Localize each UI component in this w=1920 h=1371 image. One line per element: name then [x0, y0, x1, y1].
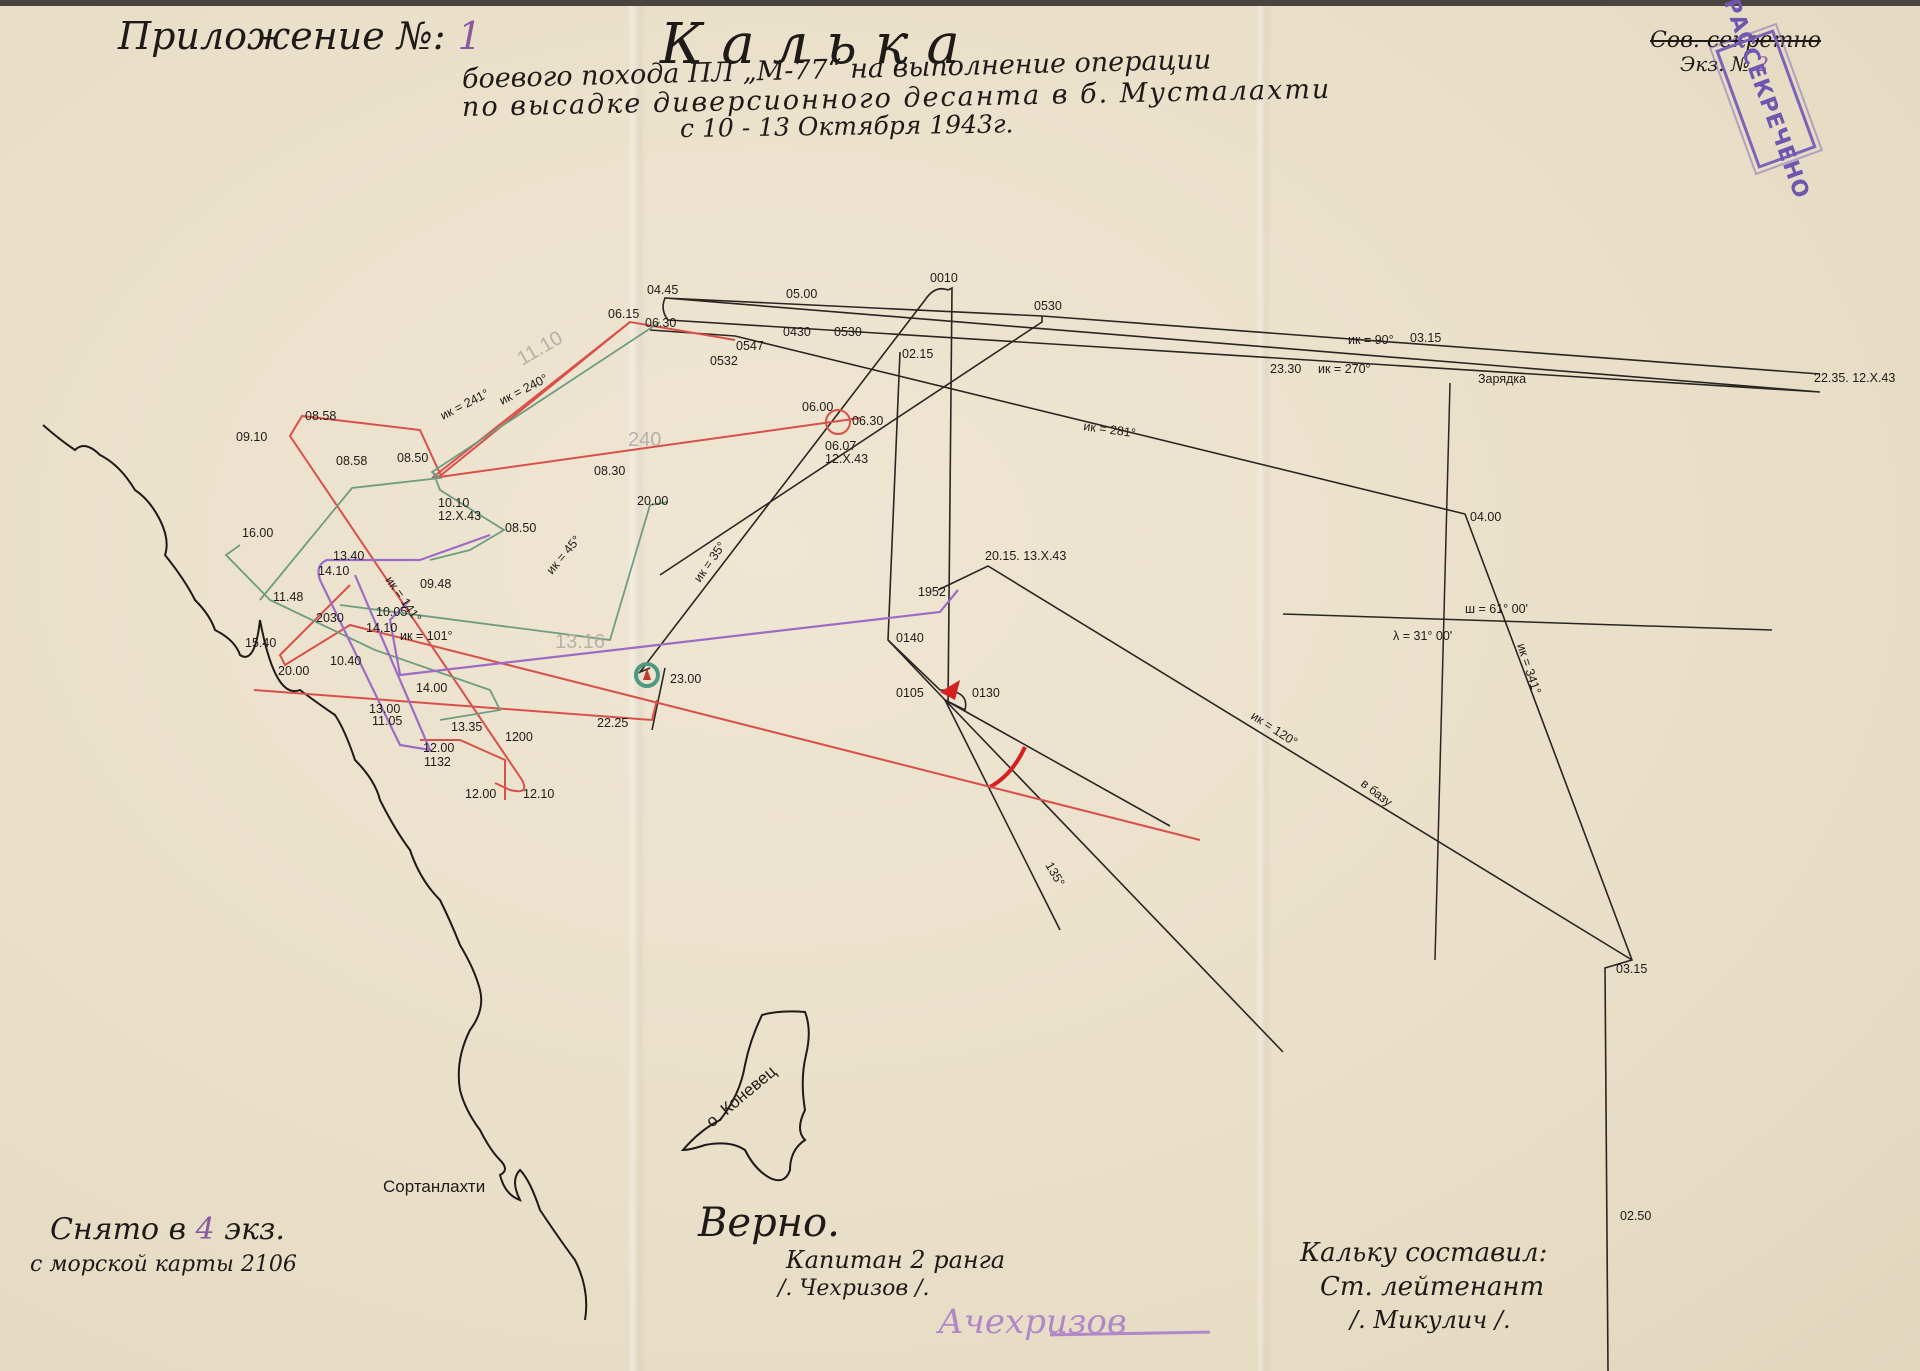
appendix-label: Приложение №: 1 — [118, 14, 482, 58]
place-konevets: о. Коневец — [702, 1062, 780, 1131]
course-label: ик = 35° — [691, 539, 729, 584]
faint-annotation: 11.10 — [514, 327, 567, 370]
time-label: 11.05 — [372, 714, 402, 728]
route-map: Сортанлахти о. Коневец ш = 61° 00' λ = 3… — [0, 0, 1920, 1371]
time-label: 14.10 — [318, 564, 349, 578]
time-label: 16.00 — [242, 526, 273, 540]
time-label: 12.10 — [523, 787, 554, 801]
time-label: 02.15 — [902, 347, 933, 361]
course-label: ик = 90° — [1348, 333, 1394, 347]
course-label: ик = 241° — [438, 386, 491, 422]
time-label: 1132 — [424, 755, 451, 769]
time-label: 23.30 — [1270, 362, 1301, 376]
time-label: 12.X.43 — [825, 452, 868, 466]
time-label: 12.00 — [465, 787, 496, 801]
captain-name: /. Чехризов /. — [778, 1276, 930, 1301]
composer-rank: Ст. лейтенант — [1320, 1272, 1544, 1302]
copies-number: 4 — [196, 1212, 215, 1247]
signature: Ачехризов — [938, 1302, 1127, 1342]
faint-annotation: 240 — [628, 429, 661, 451]
time-label: 03.15 — [1410, 331, 1441, 345]
time-label: 22.25 — [597, 716, 628, 730]
time-label: 22.35. 12.X.43 — [1814, 371, 1895, 385]
time-label: 08.30 — [594, 464, 625, 478]
time-label: 1952 — [918, 585, 946, 599]
time-label: 20.00 — [637, 494, 668, 508]
course-label: ик = 45° — [544, 533, 584, 577]
time-label: 13.40 — [333, 549, 364, 563]
time-label: 0130 — [972, 686, 1000, 700]
time-label: 06.00 — [802, 400, 833, 414]
time-label: 04.00 — [1470, 510, 1501, 524]
coastline-west — [43, 425, 586, 1320]
time-labels: 04.4505.000010053006.1506.30043005300547… — [236, 271, 1895, 1223]
time-label: 08.58 — [305, 409, 336, 423]
time-label: 06.30 — [852, 414, 883, 428]
course-label: ик = 101° — [400, 629, 453, 643]
time-label: 0140 — [896, 631, 924, 645]
copies-prefix: Снято в — [50, 1212, 186, 1247]
course-label: Зарядка — [1478, 372, 1526, 386]
appendix-number: 1 — [458, 14, 482, 58]
time-label: 08.50 — [397, 451, 428, 465]
time-label: 05.00 — [786, 287, 817, 301]
time-label: 10.40 — [330, 654, 361, 668]
time-label: 23.00 — [670, 672, 701, 686]
time-label: 14.00 — [416, 681, 447, 695]
course-label: ик = 341° — [1514, 642, 1544, 696]
time-label: 0430 — [783, 325, 811, 339]
time-label: 14.10 — [366, 621, 397, 635]
course-label: ик = 281° — [1083, 419, 1137, 440]
time-label: 0010 — [930, 271, 958, 285]
time-label: 08.58 — [336, 454, 367, 468]
time-label: 0532 — [710, 354, 738, 368]
time-label: 03.15 — [1616, 962, 1647, 976]
copies-note: Снято в 4 экз. — [50, 1212, 285, 1247]
course-label: ик = 270° — [1318, 362, 1371, 376]
place-sortanlahti: Сортанлахти — [383, 1177, 485, 1196]
copies-suffix: экз. — [224, 1212, 285, 1247]
source-chart-note: с морской карты 2106 — [30, 1252, 297, 1277]
course-label: 135° — [1042, 860, 1067, 889]
time-label: 0547 — [736, 339, 764, 353]
time-label: 12.00 — [423, 741, 454, 755]
composed-by-label: Кальку составил: — [1300, 1238, 1547, 1268]
time-label: 09.48 — [420, 577, 451, 591]
time-label: 0530 — [834, 325, 862, 339]
time-label: 09.10 — [236, 430, 267, 444]
time-label: 04.45 — [647, 283, 678, 297]
time-label: 12.X.43 — [438, 509, 481, 523]
time-label: 1200 — [505, 730, 533, 744]
time-label: 02.50 — [1620, 1209, 1651, 1223]
certified-label: Верно. — [698, 1200, 840, 1246]
lighthouse-icon — [636, 664, 658, 686]
chart-sheet: Сортанлахти о. Коневец ш = 61° 00' λ = 3… — [0, 0, 1920, 1371]
faint-annotation: 13.16 — [555, 631, 605, 653]
time-label: 08.50 — [505, 521, 536, 535]
time-label: 06.15 — [608, 307, 639, 321]
time-label: 20.00 — [278, 664, 309, 678]
longitude-line — [1435, 383, 1450, 960]
time-label: 2030 — [316, 611, 344, 625]
subtitle-line-3: с 10 - 13 Октября 1943г. — [680, 109, 1014, 143]
time-label: 20.15. 13.X.43 — [985, 549, 1066, 563]
time-label: 06.30 — [645, 316, 676, 330]
time-label: 10.05 — [376, 605, 407, 619]
time-label: 11.48 — [273, 590, 303, 604]
course-labels: ик = 241°ик = 240°ик = 281°ик = 90°ик = … — [383, 333, 1544, 889]
latitude-label: ш = 61° 00' — [1465, 602, 1528, 616]
time-label: 06.07 — [825, 439, 856, 453]
composer-name: /. Микулич /. — [1350, 1306, 1511, 1334]
latitude-line — [1283, 614, 1772, 630]
time-label: 10.10 — [438, 496, 469, 510]
captain-rank: Капитан 2 ранга — [786, 1246, 1005, 1274]
time-label: 0105 — [896, 686, 924, 700]
time-label: 13.35 — [451, 720, 482, 734]
appendix-label-text: Приложение №: — [118, 14, 446, 58]
time-label: 0530 — [1034, 299, 1062, 313]
time-label: 15.40 — [245, 636, 276, 650]
longitude-label: λ = 31° 00' — [1393, 629, 1452, 643]
course-label: ик = 240° — [497, 371, 550, 407]
course-label: ик = 120° — [1248, 709, 1300, 749]
